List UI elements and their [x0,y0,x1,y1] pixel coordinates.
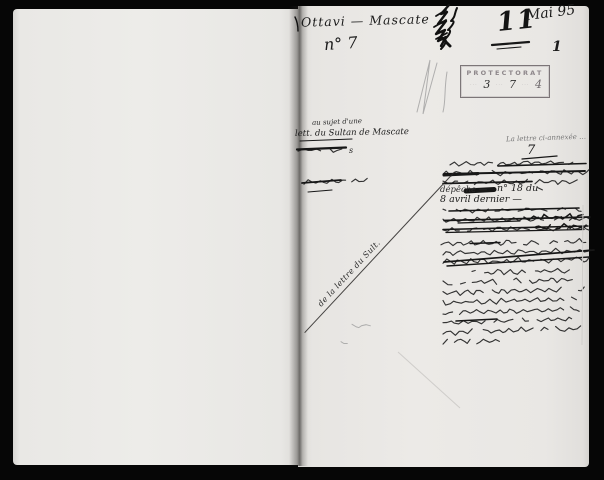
document-number-annotation: n° 7 [323,35,358,53]
underline-stroke [497,47,521,49]
crease-line [398,352,460,408]
pencil-strokes [341,60,447,344]
strikethrough-stroke [458,221,520,223]
strikethrough-stroke [446,230,584,233]
stamp-values-row: ··· 3 ··· 7 ··· 4 [461,77,549,91]
stamp-value: 3 [483,78,490,91]
strikethrough-stroke [297,148,346,150]
body-fragment-avril: 8 avril dernier — [440,195,522,205]
handwriting-stroke [443,287,584,295]
handwriting-stroke [441,239,586,246]
pencil-stroke [417,60,437,114]
ink-flourish-stroke [295,17,298,31]
stamp-value: 4 [535,78,542,91]
protectorat-stamp: PROTECTORAT ··· 3 ··· 7 ··· 4 [460,65,550,98]
handwriting-stroke [443,339,499,344]
margin-small-mark: s [349,147,353,155]
strikethrough-stroke [456,319,497,321]
pencil-stroke [352,324,370,327]
handwriting-stroke [443,297,576,305]
stamp-value: 7 [509,78,516,91]
stamp-title: PROTECTORAT [461,69,549,77]
body-ref-number: 7 [527,144,535,157]
correspondents-annotation: Ottavi — Mascate [301,13,430,29]
paper-creases [398,205,583,408]
handwriting-stroke [443,307,579,315]
stamp-print-faint: ··· [470,82,478,88]
strikethrough-stroke [470,243,500,244]
handwriting-stroke [472,269,577,275]
handwriting-stroke [443,326,581,335]
stamp-print-faint: ··· [496,82,504,88]
pencil-stroke [443,72,447,112]
handwriting-stroke [538,188,543,190]
pencil-stroke [341,341,354,343]
folio-number: 1 [552,40,562,54]
margin-subject-line2: lett. du Sultan de Mascate [295,128,409,138]
body-fragment-n18: n° 18 du [497,184,538,194]
scanned-manuscript: Ottavi — Mascate n° 7 11 Mai 95 1 PROTEC… [0,0,604,480]
strikethrough-stroke [300,139,352,141]
handwriting-stroke [443,278,572,285]
underline-stroke [308,190,332,192]
stamp-print-faint: ··· [522,82,530,88]
underline-stroke [492,42,529,45]
